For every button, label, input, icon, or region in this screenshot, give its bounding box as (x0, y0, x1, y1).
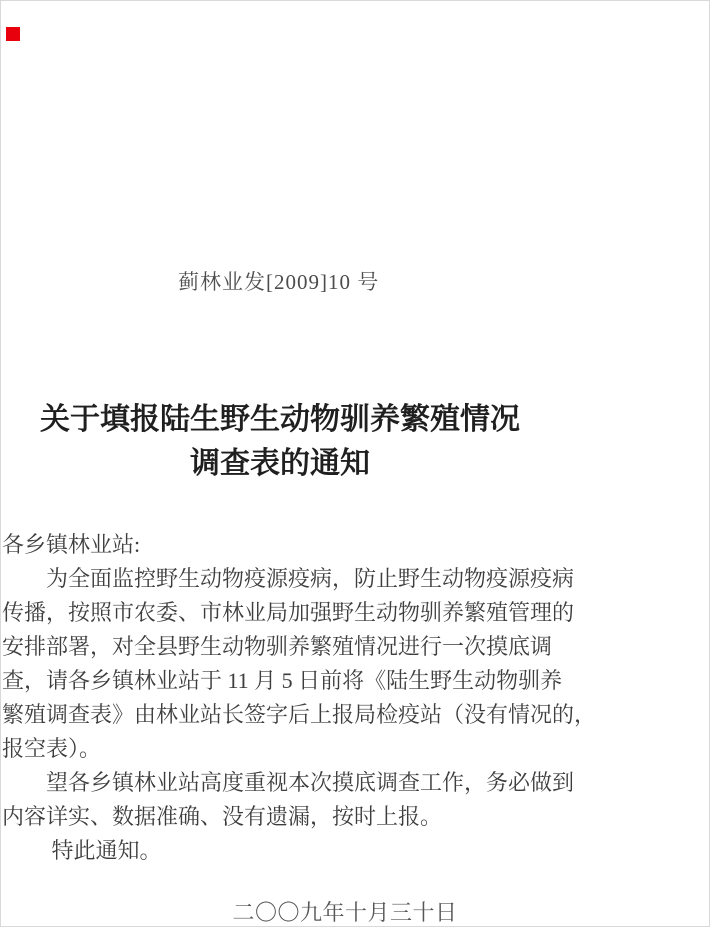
body-line: 为全面监控野生动物疫源疫病，防止野生动物疫源疫病 (2, 562, 602, 596)
body-line: 查，请各乡镇林业站于 11 月 5 日前将《陆生野生动物驯养 (2, 664, 602, 698)
document-number: 蓟林业发[2009]10 号 (178, 266, 379, 296)
body-line: 繁殖调查表》由林业站长签字后上报局检疫站（没有情况的， (2, 698, 602, 732)
body-line: 望各乡镇林业站高度重视本次摸底调查工作，务必做到 (2, 766, 602, 800)
notice-title-line1: 关于填报陆生野生动物驯养繁殖情况 (0, 398, 560, 442)
body-line: 特此通知。 (2, 834, 602, 868)
body-line: 内容详实、数据准确、没有遗漏，按时上报。 (2, 800, 602, 834)
scanned-notice-page: 蓟林业发[2009]10 号 关于填报陆生野生动物驯养繁殖情况 调查表的通知 各… (0, 0, 710, 927)
body-line: 传播，按照市农委、市林业局加强野生动物驯养繁殖管理的 (2, 596, 602, 630)
notice-title: 关于填报陆生野生动物驯养繁殖情况 调查表的通知 (0, 398, 560, 486)
red-stamp-mark (6, 27, 20, 41)
body-line: 各乡镇林业站: (2, 528, 602, 562)
body-line: 安排部署，对全县野生动物驯养繁殖情况进行一次摸底调 (2, 630, 602, 664)
notice-title-line2: 调查表的通知 (0, 442, 560, 486)
document-body: 各乡镇林业站: 为全面监控野生动物疫源疫病，防止野生动物疫源疫病传播，按照市农委… (2, 528, 602, 868)
body-line: 报空表）。 (2, 732, 602, 766)
issue-date: 二〇〇九年十月三十日 (0, 896, 700, 927)
